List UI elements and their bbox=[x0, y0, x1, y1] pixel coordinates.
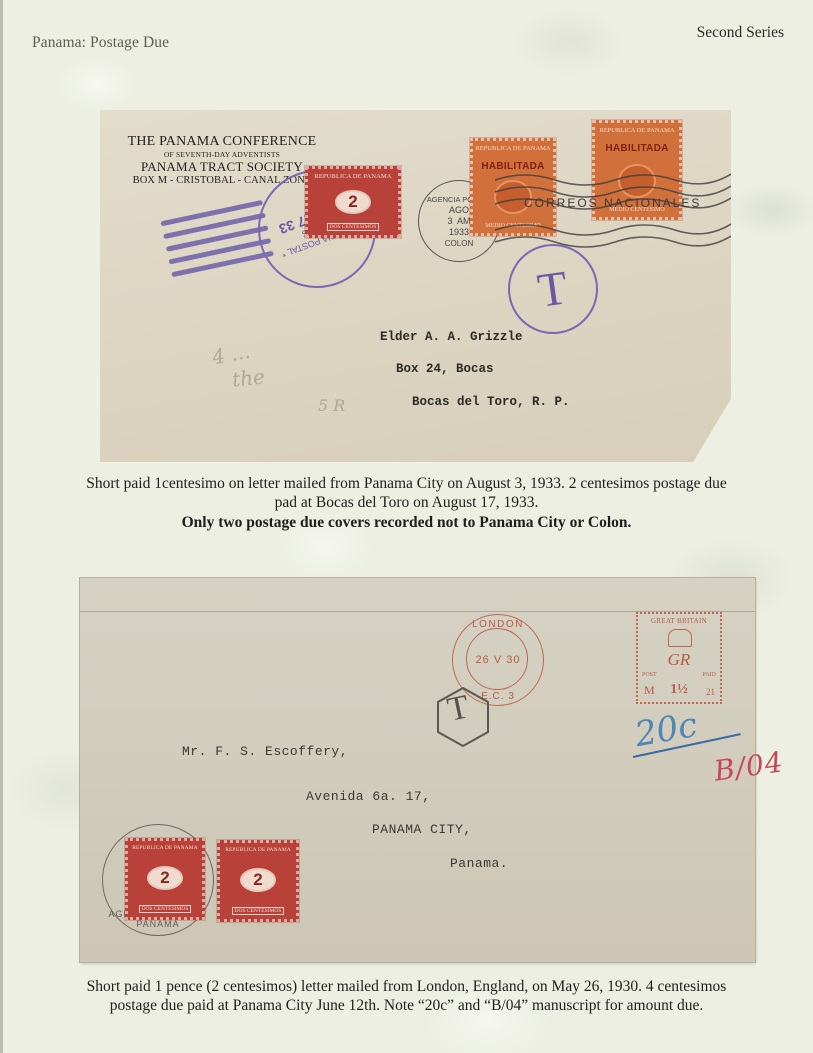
stamp-denomination: DOS CENTESIMOS bbox=[139, 905, 192, 913]
stamp-denomination: DOS CENTESIMOS bbox=[327, 223, 380, 231]
crown-icon bbox=[668, 629, 692, 647]
sender-line-3: PANAMA TRACT SOCIETY bbox=[122, 159, 322, 175]
london-cancel-ring-top: LONDON bbox=[453, 619, 543, 630]
pencil-note-3: 5 R bbox=[318, 396, 345, 415]
sender-line-2: OF SEVENTH-DAY ADVENTISTS bbox=[122, 150, 322, 159]
manuscript-b04: B/04 bbox=[712, 745, 786, 787]
stamp-value: 2 bbox=[335, 190, 371, 214]
bar-cancel-mark bbox=[160, 200, 275, 285]
gb-meter-mark: GREAT BRITAIN GR POST PAID M 1½ 21 bbox=[636, 612, 722, 704]
tax-mark-t-circle: T bbox=[508, 244, 598, 334]
stamp-value: 2 bbox=[147, 866, 183, 890]
page-title: Panama: Postage Due bbox=[32, 34, 169, 52]
caption-1-line-1: Short paid 1centesimo on letter mailed f… bbox=[20, 474, 793, 493]
pencil-note-2: the bbox=[231, 364, 266, 391]
stamp-country: REPUBLICA DE PANAMA bbox=[599, 127, 674, 134]
address-line-4: Panama. bbox=[450, 856, 508, 871]
caption-2-line-2: postage due paid at Panama City June 12t… bbox=[20, 996, 793, 1015]
address-line-3: Bocas del Toro, R. P. bbox=[412, 395, 570, 409]
address-line-2: Box 24, Bocas bbox=[396, 362, 494, 376]
caption-1-highlight: Only two postage due covers recorded not… bbox=[182, 514, 632, 531]
caption-1-line-2: pad at Bocas del Toro on August 17, 1933… bbox=[20, 493, 793, 512]
machine-cancel-slogan: CORREOS NACIONALES bbox=[524, 196, 701, 210]
meter-country: GREAT BRITAIN bbox=[638, 617, 720, 625]
address-line-1: Elder A. A. Grizzle bbox=[380, 330, 523, 344]
postage-due-stamp-2c-right: REPUBLICA DE PANAMA 2 DOS CENTESIMOS bbox=[217, 840, 299, 922]
meter-paid-label: PAID bbox=[703, 672, 716, 678]
meter-post-label: POST bbox=[642, 672, 657, 678]
stamp-country: REPUBLICA DE PANAMA bbox=[132, 845, 198, 851]
page-left-edge bbox=[0, 0, 3, 1053]
stamp-country: REPUBLICA DE PANAMA bbox=[225, 847, 291, 853]
meter-number: 21 bbox=[706, 687, 715, 697]
address-line-2: Avenida 6a. 17, bbox=[306, 789, 431, 804]
london-cancel-inner-ring bbox=[466, 628, 528, 690]
address-line-1: Mr. F. S. Escoffery, bbox=[182, 744, 348, 759]
stamp-value: 2 bbox=[240, 868, 276, 892]
cover-1933-envelope: THE PANAMA CONFERENCE OF SEVENTH-DAY ADV… bbox=[100, 110, 731, 462]
stamp-overprint: HABILITADA bbox=[605, 143, 668, 154]
postage-due-stamp-2c-left: REPUBLICA DE PANAMA 2 DOS CENTESIMOS bbox=[125, 838, 205, 920]
manuscript-20c: 20c bbox=[632, 705, 700, 755]
cover-1930-envelope: LONDON 26 V 30 E.C. 3 GREAT BRITAIN GR P… bbox=[80, 578, 755, 962]
address-line-3: PANAMA CITY, bbox=[372, 822, 472, 837]
colon-cancel-ring-bottom: COLON bbox=[427, 238, 491, 249]
tax-mark-letter: T bbox=[535, 260, 572, 319]
cover-1-caption: Short paid 1centesimo on letter mailed f… bbox=[20, 474, 793, 532]
meter-cypher: GR bbox=[638, 650, 720, 670]
series-label: Second Series bbox=[697, 24, 784, 42]
stamp-country: REPUBLICA DE PANAMA bbox=[475, 145, 550, 152]
postage-due-stamp-2c: REPUBLICA DE PANAMA 2 DOS CENTESIMOS bbox=[305, 166, 401, 238]
sender-line-1: THE PANAMA CONFERENCE bbox=[122, 134, 322, 150]
cover-2-caption: Short paid 1 pence (2 centesimos) letter… bbox=[20, 977, 793, 1015]
pencil-note-1: 4 ... bbox=[210, 339, 252, 369]
stamp-country: REPUBLICA DE PANAMA bbox=[314, 173, 391, 180]
caption-2-line-1: Short paid 1 pence (2 centesimos) letter… bbox=[20, 977, 793, 996]
stamp-denomination: DOS CENTESIMOS bbox=[232, 907, 285, 915]
